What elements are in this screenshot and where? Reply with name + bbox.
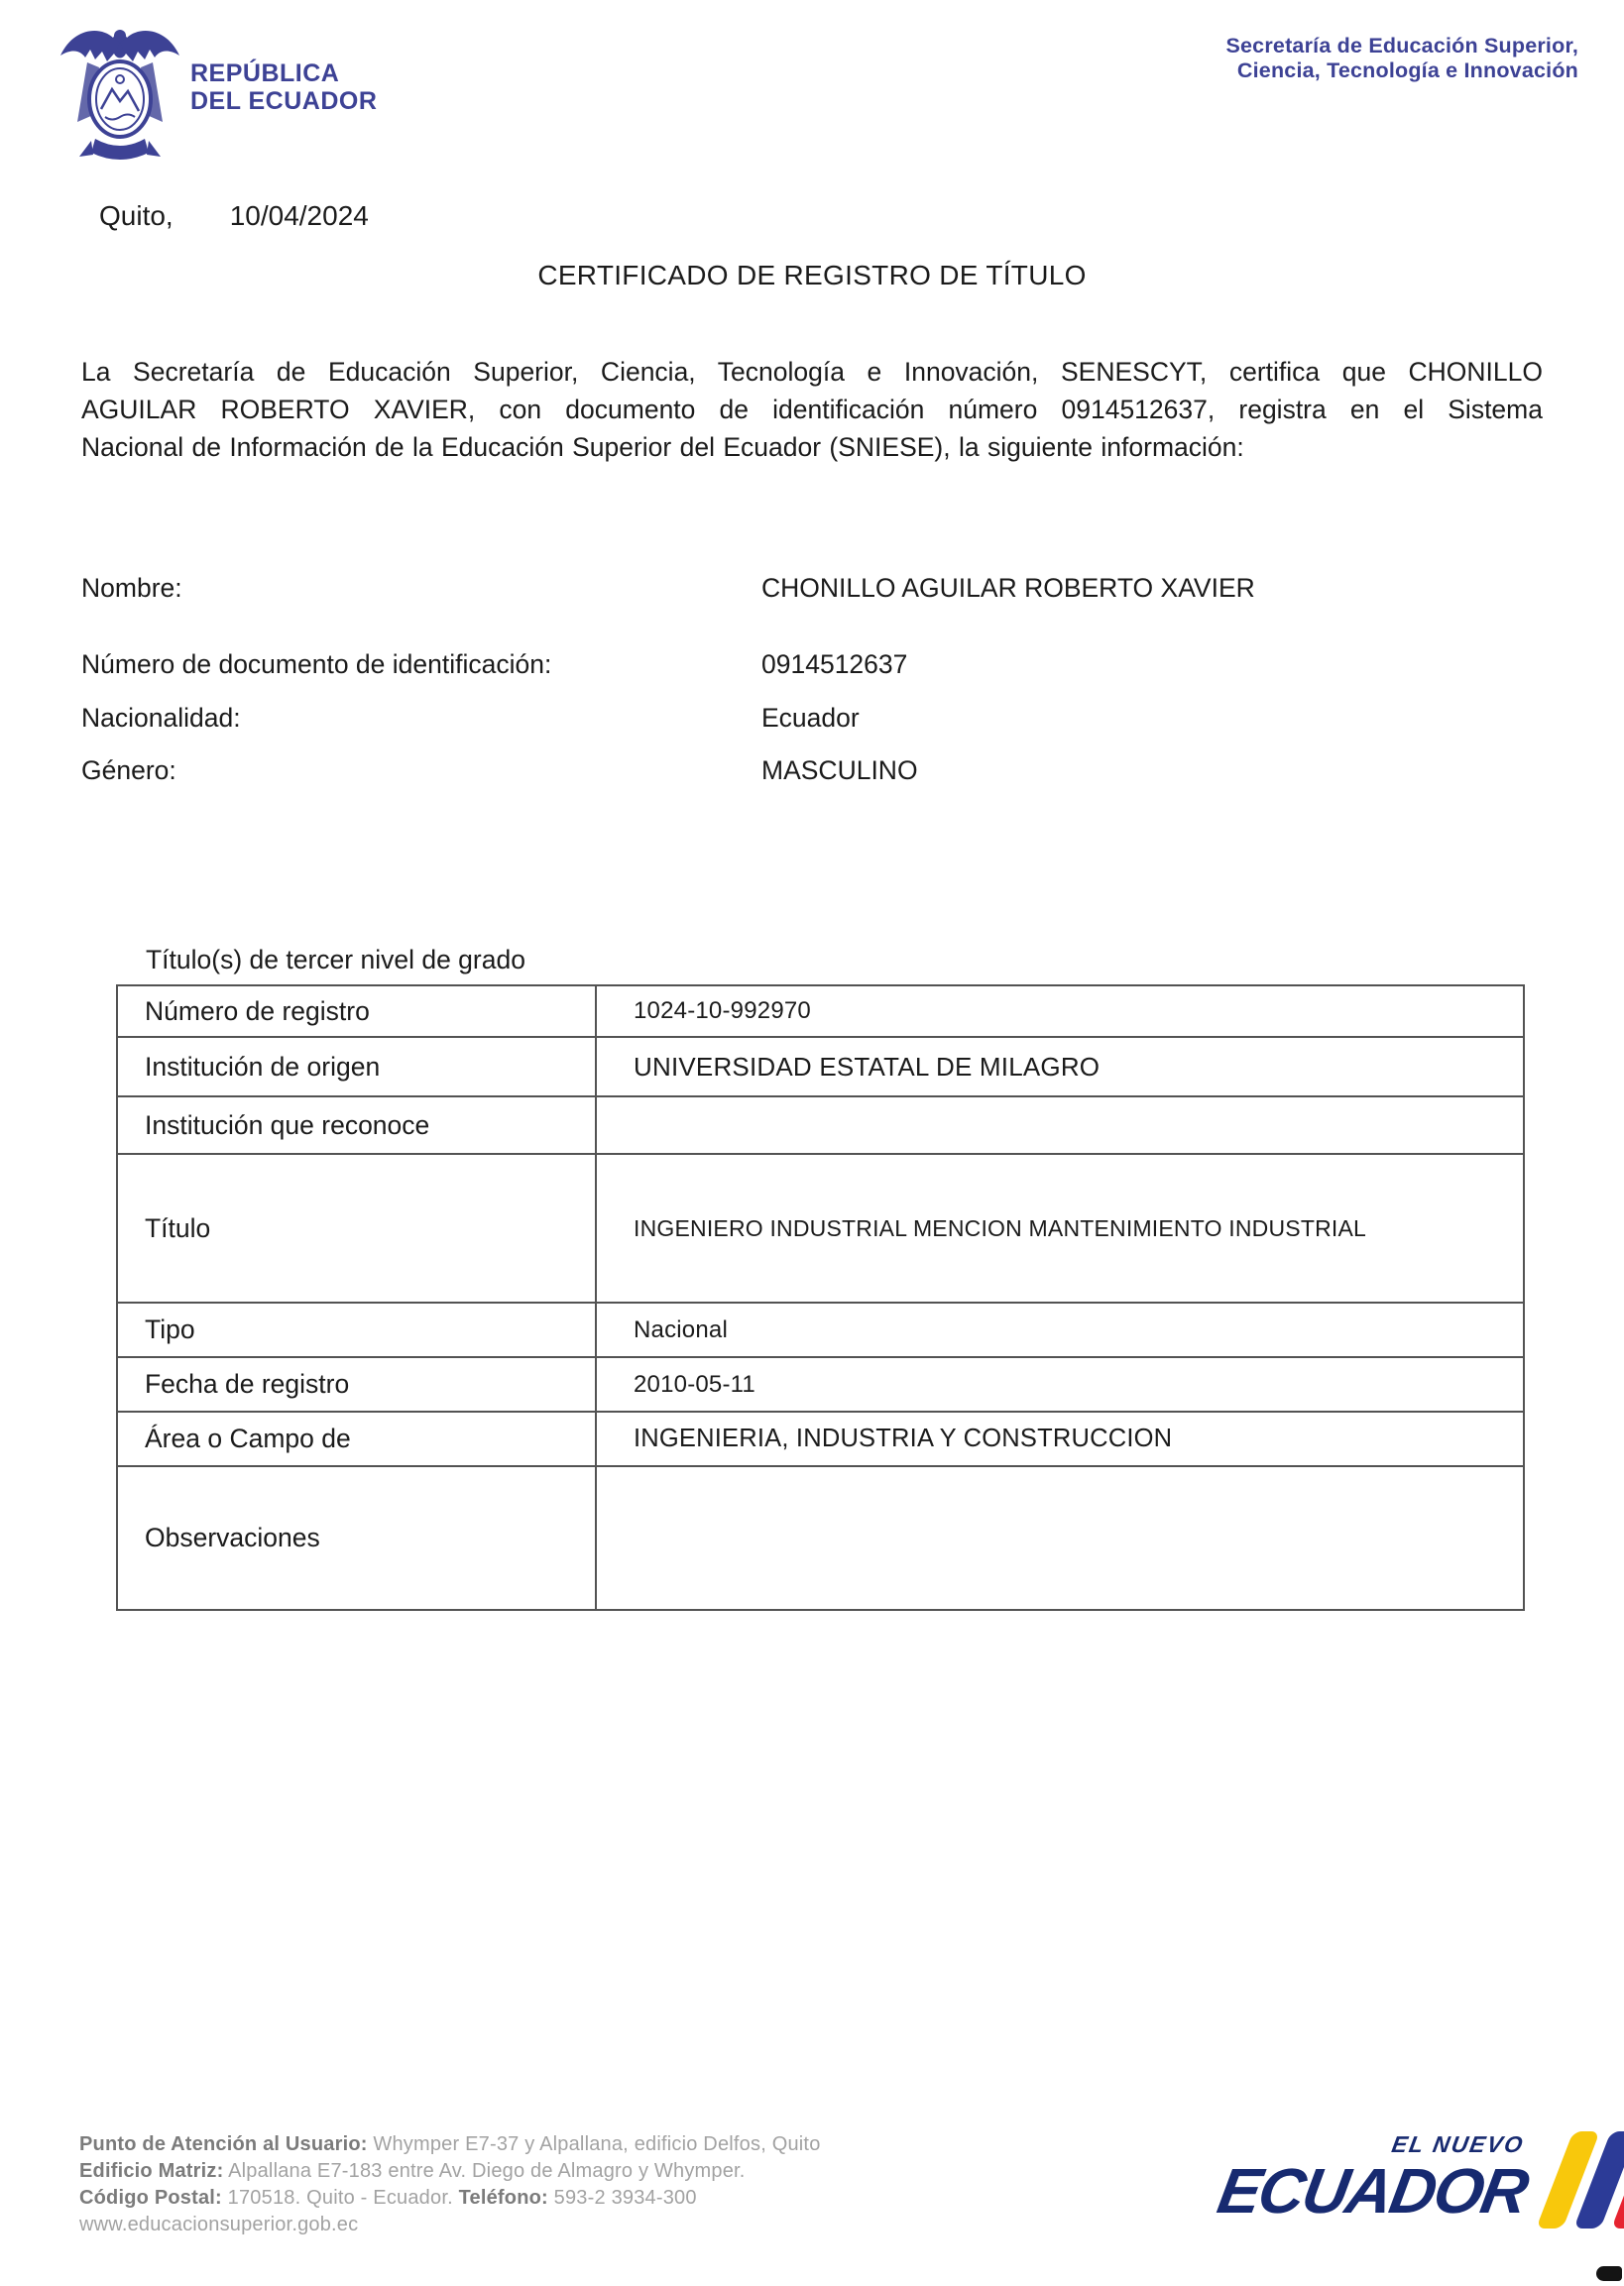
table-row-tipo: Tipo Nacional — [118, 1304, 1523, 1358]
secretaria-line1: Secretaría de Educación Superior, — [1225, 34, 1578, 58]
row-value — [597, 1097, 1523, 1153]
brand-tagline: EL NUEVO — [1390, 2131, 1527, 2158]
document-title: CERTIFICADO DE REGISTRO DE TÍTULO — [81, 260, 1543, 291]
field-documento: Número de documento de identificación: 0… — [81, 649, 1568, 680]
intro-paragraph: La Secretaría de Educación Superior, Cie… — [81, 353, 1543, 466]
certificate-page: REPÚBLICA DEL ECUADOR Secretaría de Educ… — [0, 0, 1624, 2286]
table-row-institucion-que-reconoce: Institución que reconoce — [118, 1097, 1523, 1155]
brand-name: ECUADOR — [1214, 2160, 1531, 2222]
footer-line-codigo-postal: Código Postal: 170518. Quito - Ecuador. … — [79, 2185, 821, 2212]
table-row-numero-de-registro: Número de registro 1024-10-992970 — [118, 986, 1523, 1038]
field-value: CHONILLO AGUILAR ROBERTO XAVIER — [761, 573, 1255, 604]
row-value: INGENIERO INDUSTRIAL MENCION MANTENIMIEN… — [597, 1155, 1523, 1302]
intro-line: La Secretaría de Educación Superior, Cie… — [81, 353, 1543, 391]
row-label: Fecha de registro — [118, 1358, 597, 1411]
footer-text: 170518. Quito - Ecuador. — [222, 2187, 459, 2209]
table-row-institucion-de-origen: Institución de origen UNIVERSIDAD ESTATA… — [118, 1038, 1523, 1097]
secretaria-label: Secretaría de Educación Superior, Cienci… — [1225, 34, 1578, 83]
table-row-area-o-campo: Área o Campo de INGENIERIA, INDUSTRIA Y … — [118, 1413, 1523, 1467]
row-label: Observaciones — [118, 1467, 597, 1609]
titles-table: Número de registro 1024-10-992970 Instit… — [116, 984, 1525, 1611]
titles-section-heading: Título(s) de tercer nivel de grado — [146, 945, 525, 975]
secretaria-line2: Ciencia, Tecnología e Innovación — [1225, 58, 1578, 83]
scan-artifact — [1596, 2266, 1622, 2281]
field-value: 0914512637 — [761, 649, 907, 680]
field-label: Nombre: — [81, 573, 182, 603]
row-value: UNIVERSIDAD ESTATAL DE MILAGRO — [597, 1038, 1523, 1095]
date-city: Quito, — [99, 200, 174, 231]
footer-line-edificio-matriz: Edificio Matriz: Alpallana E7-183 entre … — [79, 2158, 821, 2185]
intro-line: AGUILAR ROBERTO XAVIER, con documento de… — [81, 391, 1543, 428]
field-label: Número de documento de identificación: — [81, 649, 551, 679]
footer-text: Alpallana E7-183 entre Av. Diego de Alma… — [223, 2160, 745, 2182]
table-row-titulo: Título INGENIERO INDUSTRIAL MENCION MANT… — [118, 1155, 1523, 1304]
footer-line-punto-atencion: Punto de Atención al Usuario: Whymper E7… — [79, 2131, 821, 2158]
republic-line2: DEL ECUADOR — [190, 87, 377, 115]
republic-line1: REPÚBLICA — [190, 59, 377, 87]
row-label: Número de registro — [118, 986, 597, 1036]
footer-bold-label: Punto de Atención al Usuario: — [79, 2133, 368, 2155]
footer-website: www.educacionsuperior.gob.ec — [79, 2212, 821, 2238]
row-label: Institución de origen — [118, 1038, 597, 1095]
republic-of-ecuador-label: REPÚBLICA DEL ECUADOR — [190, 59, 377, 115]
row-value: Nacional — [597, 1304, 1523, 1356]
el-nuevo-ecuador-logo: EL NUEVO ECUADOR — [1221, 2131, 1624, 2229]
table-row-observaciones: Observaciones — [118, 1467, 1523, 1609]
footer-contact-info: Punto de Atención al Usuario: Whymper E7… — [79, 2131, 821, 2238]
row-value: INGENIERIA, INDUSTRIA Y CONSTRUCCION — [597, 1413, 1523, 1465]
field-value: MASCULINO — [761, 755, 918, 786]
flag-stripes-icon — [1536, 2131, 1624, 2229]
row-label: Institución que reconoce — [118, 1097, 597, 1153]
field-label: Género: — [81, 755, 176, 785]
date-value: 10/04/2024 — [230, 200, 369, 231]
row-label: Tipo — [118, 1304, 597, 1356]
row-value: 2010-05-11 — [597, 1358, 1523, 1411]
brand-text: EL NUEVO ECUADOR — [1214, 2131, 1537, 2222]
field-value: Ecuador — [761, 703, 860, 734]
table-row-fecha-de-registro: Fecha de registro 2010-05-11 — [118, 1358, 1523, 1413]
dateline: Quito,10/04/2024 — [99, 200, 369, 232]
field-label: Nacionalidad: — [81, 703, 241, 733]
row-value — [597, 1467, 1523, 1609]
footer-text: Whymper E7-37 y Alpallana, edificio Delf… — [368, 2133, 821, 2155]
footer-bold-label: Edificio Matriz: — [79, 2160, 223, 2182]
footer-bold-label: Teléfono: — [459, 2187, 548, 2209]
ecuador-coat-of-arms-icon — [56, 18, 184, 171]
field-genero: Género: MASCULINO — [81, 755, 1568, 786]
field-nacionalidad: Nacionalidad: Ecuador — [81, 703, 1568, 734]
row-label: Área o Campo de — [118, 1413, 597, 1465]
row-label: Título — [118, 1155, 597, 1302]
footer-bold-label: Código Postal: — [79, 2187, 222, 2209]
intro-line: Nacional de Información de la Educación … — [81, 428, 1543, 466]
row-value: 1024-10-992970 — [597, 986, 1523, 1036]
field-nombre: Nombre: CHONILLO AGUILAR ROBERTO XAVIER — [81, 573, 1568, 604]
footer-text: 593-2 3934-300 — [548, 2187, 697, 2209]
